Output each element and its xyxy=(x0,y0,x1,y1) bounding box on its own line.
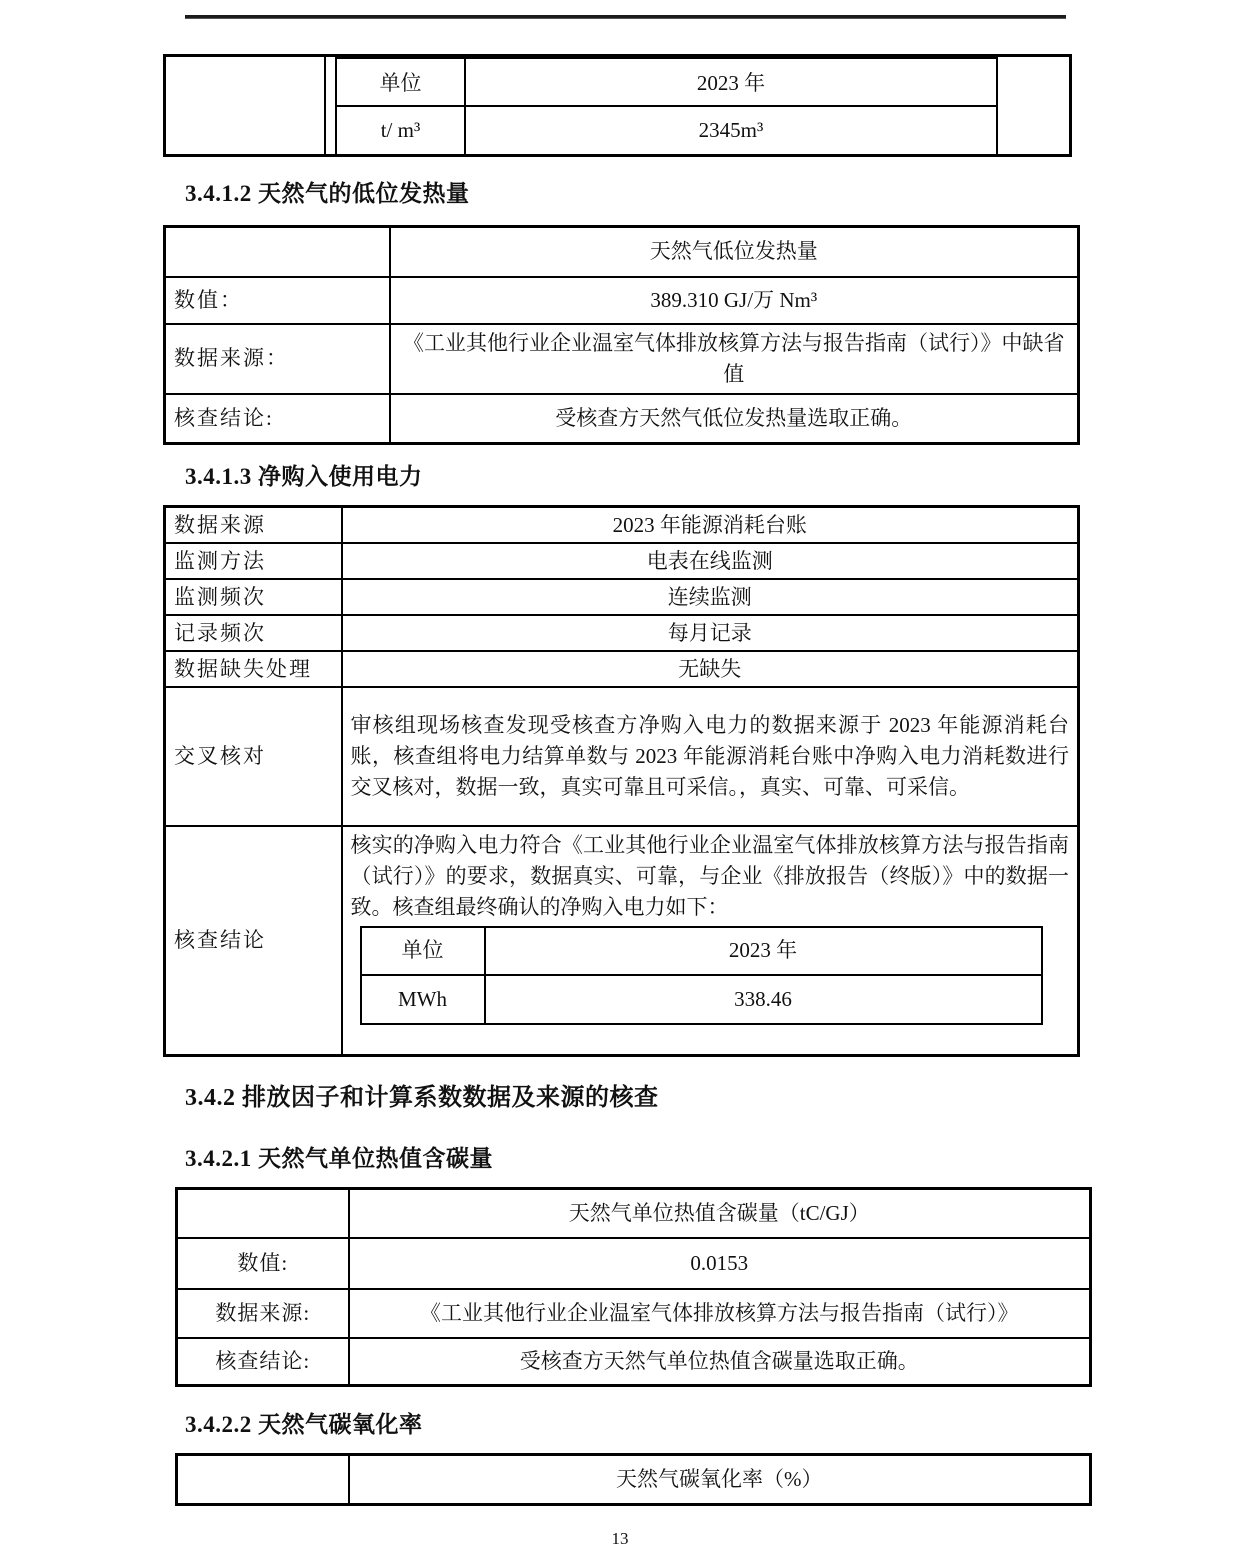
row-value: 389.310 GJ/万 Nm³ xyxy=(390,277,1079,324)
table-row: 数据来源： 《工业其他行业企业温室气体排放核算方法与报告指南（试行）》中缺省值 xyxy=(165,324,1079,394)
row-label: 数据缺失处理 xyxy=(165,651,342,687)
carryover-table: 单位 2023 年 t/ m³ 2345m³ xyxy=(163,54,1072,157)
table-row: 数据缺失处理 无缺失 xyxy=(165,651,1079,687)
row-label: 数据来源: xyxy=(177,1289,349,1338)
row-value: 每月记录 xyxy=(342,615,1079,651)
table-row: 单位 2023 年 xyxy=(361,927,1042,975)
table-row: 核查结论: 受核查方天然气低位发热量选取正确。 xyxy=(165,394,1079,444)
row-label: 核查结论: xyxy=(165,394,390,444)
cc-header-empty-cell xyxy=(177,1189,349,1238)
section-heading-carbon-content: 3.4.2.1 天然气单位热值含碳量 xyxy=(185,1144,1080,1174)
row-label: 数据来源： xyxy=(165,324,390,394)
table-row: 单位 2023 年 xyxy=(336,58,997,106)
electricity-table: 数据来源 2023 年能源消耗台账 监测方法 电表在线监测 监测频次 连续监测 … xyxy=(163,505,1080,1057)
section-heading-factors: 3.4.2 排放因子和计算系数数据及来源的核查 xyxy=(185,1083,1080,1113)
row-value: 受核查方天然气低位发热量选取正确。 xyxy=(390,394,1079,444)
ncv-header-empty-cell xyxy=(165,227,390,277)
unit-header-value: 2023 年 xyxy=(465,58,997,106)
carryover-nested-wrap: 单位 2023 年 t/ m³ 2345m³ xyxy=(326,57,998,154)
carbon-content-table: 天然气单位热值含碳量（tC/GJ） 数值: 0.0153 数据来源: 《工业其他… xyxy=(175,1187,1092,1387)
table-row: 天然气碳氧化率（%） xyxy=(177,1455,1091,1505)
section-heading-lhv: 3.4.1.2 天然气的低位发热量 xyxy=(185,179,1080,209)
carryover-nested-table: 单位 2023 年 t/ m³ 2345m³ xyxy=(335,57,998,156)
unit-row-label: t/ m³ xyxy=(336,106,465,155)
carryover-empty-label-cell xyxy=(166,57,326,154)
table-row: t/ m³ 2345m³ xyxy=(336,106,997,155)
row-label: 记录频次 xyxy=(165,615,342,651)
header-rule xyxy=(185,15,1066,19)
table-row: 数据来源: 《工业其他行业企业温室气体排放核算方法与报告指南（试行）》 xyxy=(177,1289,1091,1338)
unit-header-value: 2023 年 xyxy=(485,927,1042,975)
document-page: 单位 2023 年 t/ m³ 2345m³ 3.4.1.2 天然气的低位发热量… xyxy=(0,0,1240,1567)
section-heading-oxidation: 3.4.2.2 天然气碳氧化率 xyxy=(185,1410,1080,1440)
page-number: 13 xyxy=(0,1529,1240,1549)
mwh-row-value: 338.46 xyxy=(485,975,1042,1024)
table-row: 交叉核对 审核组现场核查发现受核查方净购入电力的数据来源于 2023 年能源消耗… xyxy=(165,687,1079,826)
row-value: 连续监测 xyxy=(342,579,1079,615)
table-row: 数值： 389.310 GJ/万 Nm³ xyxy=(165,277,1079,324)
row-value: 2023 年能源消耗台账 xyxy=(342,507,1079,543)
ncv-header: 天然气低位发热量 xyxy=(390,227,1079,277)
table-row: 数值: 0.0153 xyxy=(177,1238,1091,1289)
row-value: 电表在线监测 xyxy=(342,543,1079,579)
section-heading-electricity: 3.4.1.3 净购入使用电力 xyxy=(185,462,1080,492)
unit-header-label: 单位 xyxy=(361,927,485,975)
ox-header: 天然气碳氧化率（%） xyxy=(349,1455,1091,1505)
unit-row-value: 2345m³ xyxy=(465,106,997,155)
table-row: 天然气单位热值含碳量（tC/GJ） xyxy=(177,1189,1091,1238)
confirmed-electricity-nested-table: 单位 2023 年 MWh 338.46 xyxy=(360,926,1043,1025)
table-row: 数据来源 2023 年能源消耗台账 xyxy=(165,507,1079,543)
row-label: 数值: xyxy=(177,1238,349,1289)
table-row: 监测方法 电表在线监测 xyxy=(165,543,1079,579)
mwh-row-label: MWh xyxy=(361,975,485,1024)
ox-header-empty-cell xyxy=(177,1455,349,1505)
cc-header: 天然气单位热值含碳量（tC/GJ） xyxy=(349,1189,1091,1238)
table-row: 天然气低位发热量 xyxy=(165,227,1079,277)
table-row: 记录频次 每月记录 xyxy=(165,615,1079,651)
row-value: 0.0153 xyxy=(349,1238,1091,1289)
row-label: 数值： xyxy=(165,277,390,324)
row-label: 监测方法 xyxy=(165,543,342,579)
row-label: 监测频次 xyxy=(165,579,342,615)
oxidation-table: 天然气碳氧化率（%） xyxy=(175,1453,1092,1506)
row-value: 无缺失 xyxy=(342,651,1079,687)
conclusion-text: 核实的净购入电力符合《工业其他行业企业温室气体排放核算方法与报告指南（试行）》的… xyxy=(351,830,1070,923)
row-label: 核查结论: xyxy=(177,1338,349,1386)
unit-header-label: 单位 xyxy=(336,58,465,106)
row-value: 审核组现场核查发现受核查方净购入电力的数据来源于 2023 年能源消耗台账，核查… xyxy=(342,687,1079,826)
row-value: 核实的净购入电力符合《工业其他行业企业温室气体排放核算方法与报告指南（试行）》的… xyxy=(342,826,1079,1056)
carryover-empty-right-cell xyxy=(998,57,1069,154)
row-label: 核查结论 xyxy=(165,826,342,1056)
ncv-table: 天然气低位发热量 数值： 389.310 GJ/万 Nm³ 数据来源： 《工业其… xyxy=(163,225,1080,445)
table-row: 核查结论: 受核查方天然气单位热值含碳量选取正确。 xyxy=(177,1338,1091,1386)
table-row: 监测频次 连续监测 xyxy=(165,579,1079,615)
row-value: 受核查方天然气单位热值含碳量选取正确。 xyxy=(349,1338,1091,1386)
row-label: 数据来源 xyxy=(165,507,342,543)
table-row: 核查结论 核实的净购入电力符合《工业其他行业企业温室气体排放核算方法与报告指南（… xyxy=(165,826,1079,1056)
row-value: 《工业其他行业企业温室气体排放核算方法与报告指南（试行）》中缺省值 xyxy=(390,324,1079,394)
row-label: 交叉核对 xyxy=(165,687,342,826)
table-row: MWh 338.46 xyxy=(361,975,1042,1024)
row-value: 《工业其他行业企业温室气体排放核算方法与报告指南（试行）》 xyxy=(349,1289,1091,1338)
